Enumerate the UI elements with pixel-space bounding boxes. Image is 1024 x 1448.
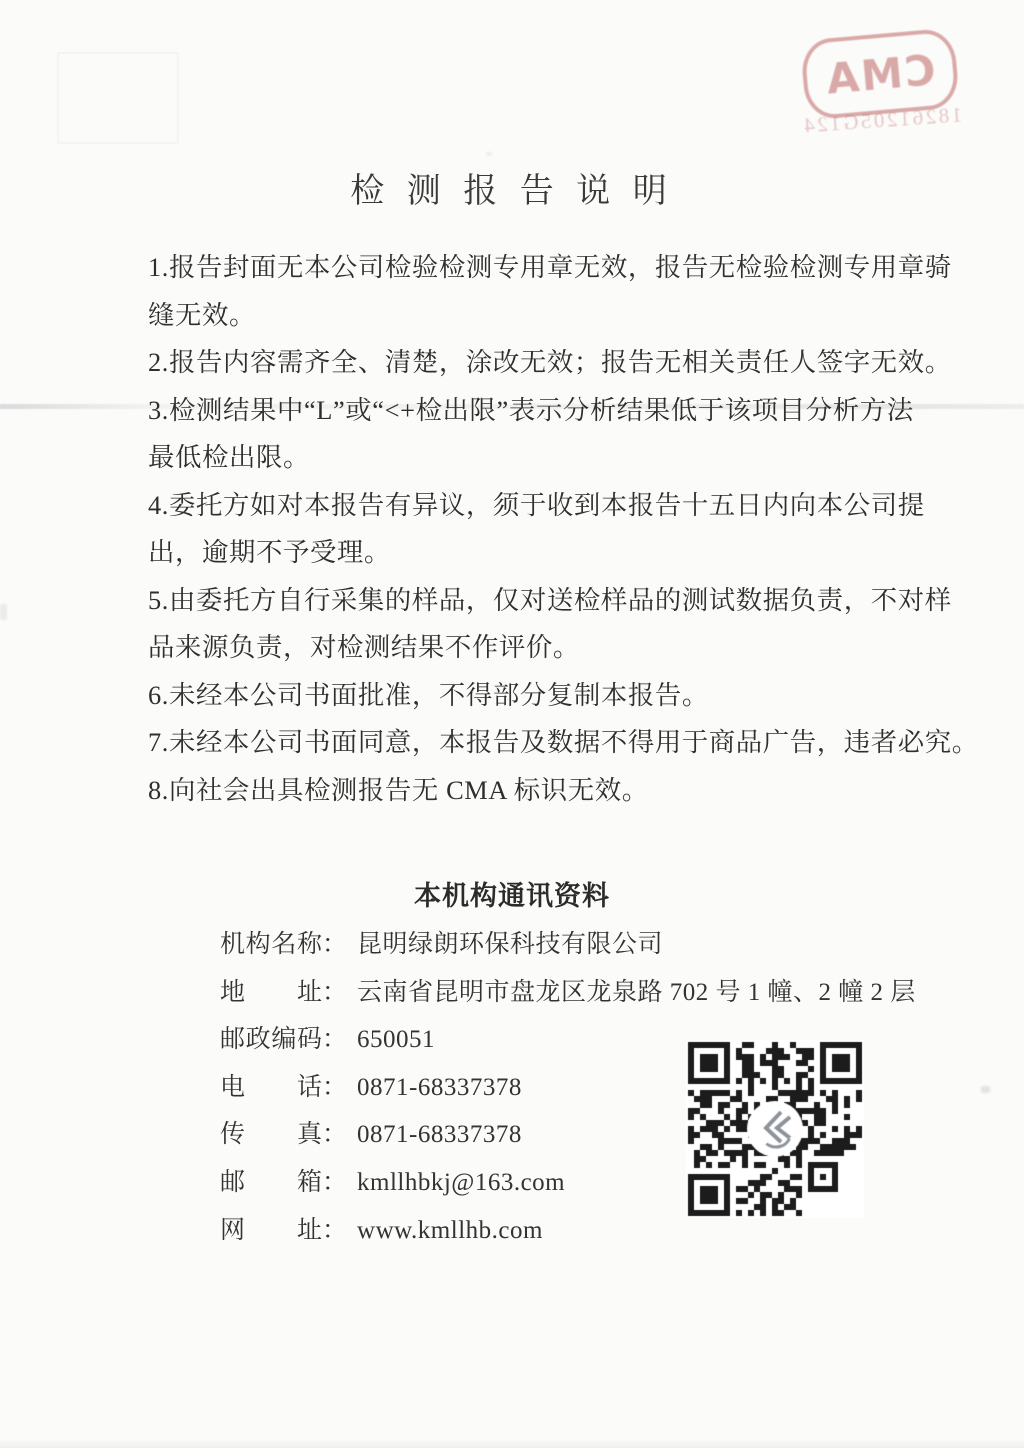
notice-line: 缝无效。 [148, 292, 948, 340]
page-edge-shadow [0, 1439, 1024, 1448]
notice-line: 4.委托方如对本报告有异议，须于收到本报告十五日内向本公司提 [148, 482, 948, 530]
contact-label: 传真 [220, 1111, 322, 1159]
contact-colon: ： [322, 1121, 347, 1148]
notice-line: 6.未经本公司书面批准，不得部分复制本报告。 [148, 672, 948, 720]
contact-value: www.kmllhb.com [357, 1217, 543, 1244]
contact-value: 0871-68337378 [357, 1121, 522, 1148]
contact-label: 邮政编码 [220, 1016, 322, 1064]
contact-colon: ： [322, 1026, 347, 1053]
contact-value: 650051 [357, 1026, 435, 1053]
contact-value: kmllhbkj@163.com [357, 1169, 565, 1196]
contact-colon: ： [322, 931, 347, 958]
contact-value: 云南省昆明市盘龙区龙泉路 702 号 1 幢、2 幢 2 层 [357, 979, 916, 1006]
notice-line: 出，逾期不予受理。 [148, 529, 948, 577]
contact-label: 电话 [220, 1064, 322, 1112]
notice-line: 8.向社会出具检测报告无 CMA 标识无效。 [148, 767, 948, 815]
contact-value: 0871-68337378 [357, 1074, 522, 1101]
page-title: 检 测 报 告 说 明 [0, 170, 1024, 214]
contact-row: 地址：云南省昆明市盘龙区龙泉路 702 号 1 幢、2 幢 2 层 [220, 969, 920, 1017]
contact-row: 机构名称：昆明绿朗环保科技有限公司 [220, 921, 920, 969]
notice-line: 5.由委托方自行采集的样品，仅对送检样品的测试数据负责，不对样 [148, 577, 948, 625]
notice-line: 品来源负责，对检测结果不作评价。 [148, 624, 948, 672]
ghost-stamp-artifact [57, 52, 179, 144]
contact-colon: ： [322, 1074, 347, 1101]
notice-line: 2.报告内容需齐全、清楚，涂改无效；报告无相关责任人签字无效。 [148, 339, 948, 387]
notice-list: 1.报告封面无本公司检验检测专用章无效，报告无检验检测专用章骑缝无效。2.报告内… [148, 244, 948, 814]
cma-stamp-text: CMA [823, 45, 938, 103]
notice-line: 1.报告封面无本公司检验检测专用章无效，报告无检验检测专用章骑 [148, 244, 948, 292]
qr-code-icon [686, 1040, 864, 1218]
scan-speck [981, 1086, 990, 1093]
notice-line: 7.未经本公司书面同意，本报告及数据不得用于商品广告，违者必究。 [148, 719, 948, 767]
notice-line: 最低检出限。 [148, 434, 948, 482]
contact-colon: ： [322, 979, 347, 1006]
contact-label: 网址 [220, 1207, 322, 1255]
notice-line: 3.检测结果中“L”或“<+检出限”表示分析结果低于该项目分析方法 [148, 387, 948, 435]
contact-colon: ： [322, 1217, 347, 1244]
scan-speck [0, 604, 7, 620]
contact-value: 昆明绿朗环保科技有限公司 [357, 931, 663, 958]
contact-qr-code [686, 1040, 864, 1218]
contact-label: 机构名称 [220, 921, 322, 969]
contact-label: 地址 [220, 969, 322, 1017]
scan-speck [486, 152, 492, 156]
contact-label: 邮箱 [220, 1159, 322, 1207]
report-notes-page: CMA 18261205G124 检 测 报 告 说 明 1.报告封面无本公司检… [0, 0, 1024, 1448]
contact-heading: 本机构通讯资料 [0, 872, 1024, 920]
contact-colon: ： [322, 1169, 347, 1196]
